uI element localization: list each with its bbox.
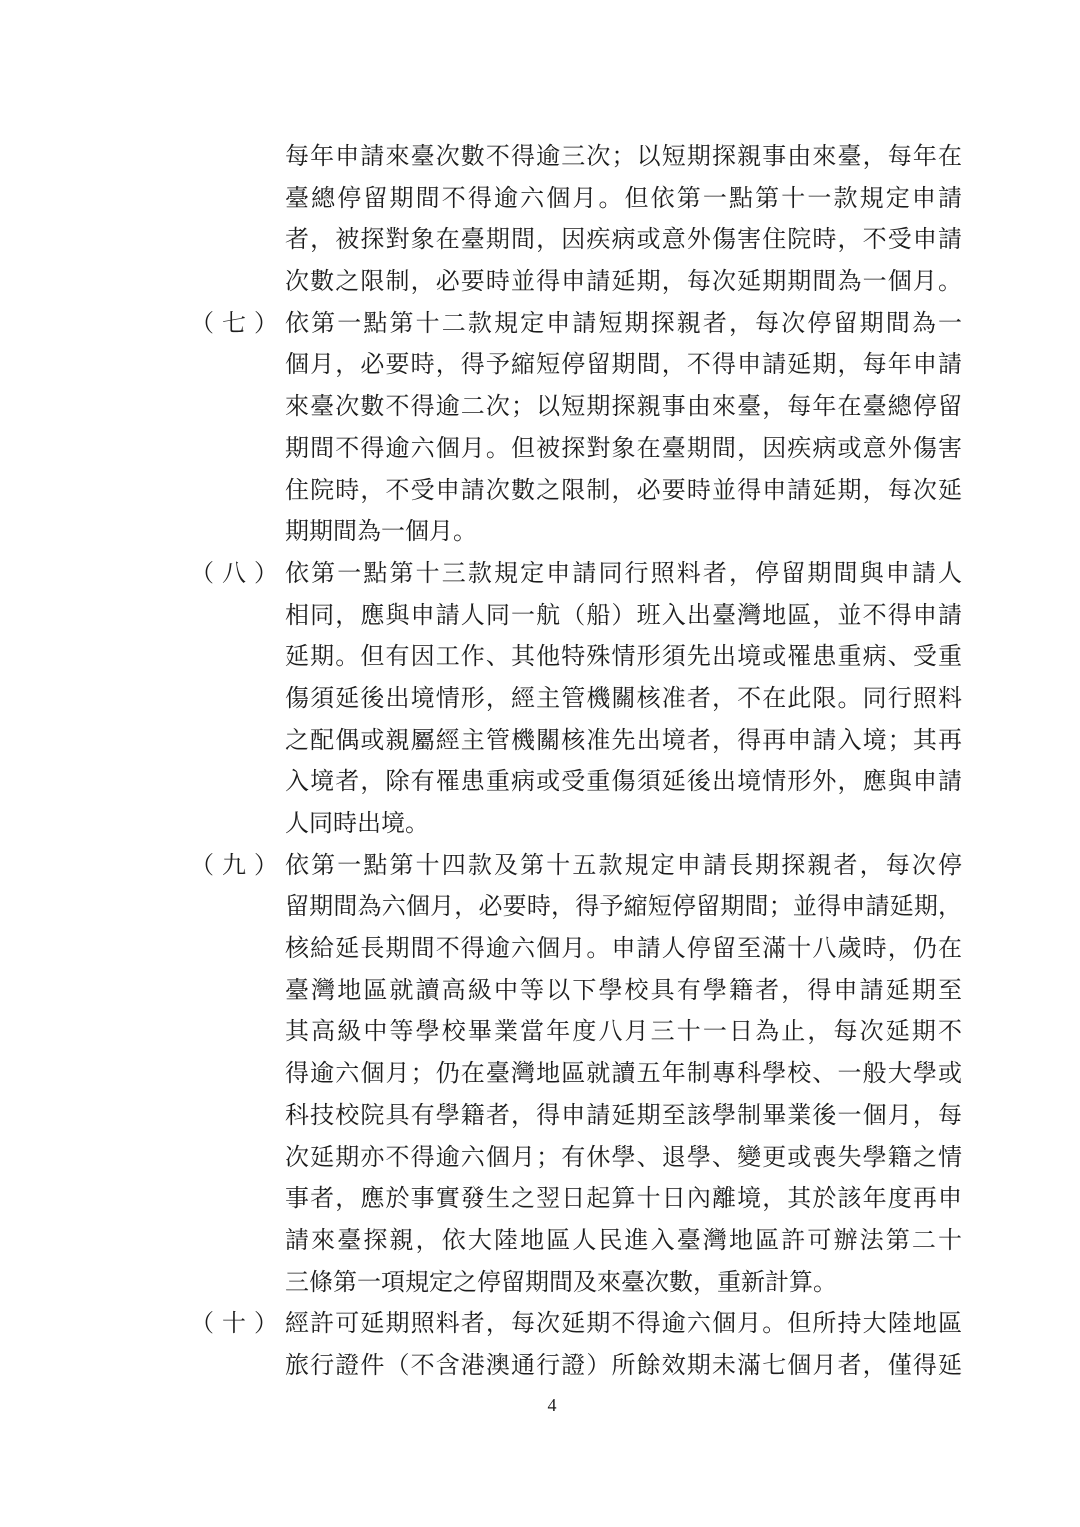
paragraph: （十）經許可延期照料者，每次延期不得逾六個月。但所持大陸地區旅行證件（不含港澳通… [190,1304,962,1387]
paragraph-lines: 依第一點第十三款規定申請同行照料者，停留期間與申請人相同，應與申請人同一航（船）… [285,554,962,846]
text-line: 每年申請來臺次數不得逾三次；以短期探親事由來臺，每年在 [285,137,962,179]
text-line: 留期間為六個月，必要時，得予縮短停留期間；並得申請延期， [285,887,962,929]
text-line: 核給延長期間不得逾六個月。申請人停留至滿十八歲時，仍在 [285,929,962,971]
text-line: 事者，應於事實發生之翌日起算十日內離境，其於該年度再申 [285,1179,962,1221]
text-line: 者，被探對象在臺期間，因疾病或意外傷害住院時，不受申請 [285,220,962,262]
paragraph-lines: 經許可延期照料者，每次延期不得逾六個月。但所持大陸地區旅行證件（不含港澳通行證）… [285,1304,962,1387]
text-line: 旅行證件（不含港澳通行證）所餘效期未滿七個月者，僅得延 [285,1346,962,1388]
text-line: 來臺次數不得逾二次；以短期探親事由來臺，每年在臺總停留 [285,387,962,429]
text-line: 傷須延後出境情形，經主管機關核准者，不在此限。同行照料 [285,679,962,721]
text-line: 延期。但有因工作、其他特殊情形須先出境或罹患重病、受重 [285,637,962,679]
text-line: 住院時，不受申請次數之限制，必要時並得申請延期，每次延 [285,471,962,513]
page-footer: 4 [12,1392,1080,1418]
text-line: 相同，應與申請人同一航（船）班入出臺灣地區，並不得申請 [285,596,962,638]
paragraph-marker: （八） [190,554,278,596]
text-line: 之配偶或親屬經主管機關核准先出境者，得再申請入境；其再 [285,721,962,763]
text-line: 依第一點第十三款規定申請同行照料者，停留期間與申請人 [285,554,962,596]
document-page: 每年申請來臺次數不得逾三次；以短期探親事由來臺，每年在臺總停留期間不得逾六個月。… [0,0,1080,1527]
text-line: 依第一點第十二款規定申請短期探親者，每次停留期間為一 [285,304,962,346]
text-line: 入境者，除有罹患重病或受重傷須延後出境情形外，應與申請 [285,762,962,804]
text-line: 次延期亦不得逾六個月；有休學、退學、變更或喪失學籍之情 [285,1138,962,1180]
paragraph: 每年申請來臺次數不得逾三次；以短期探親事由來臺，每年在臺總停留期間不得逾六個月。… [190,137,962,304]
text-line: 三條第一項規定之停留期間及來臺次數，重新計算。 [285,1263,962,1305]
paragraph-marker: （九） [190,846,278,888]
text-line: 人同時出境。 [285,804,962,846]
text-line: 依第一點第十四款及第十五款規定申請長期探親者，每次停 [285,846,962,888]
paragraph-lines: 每年申請來臺次數不得逾三次；以短期探親事由來臺，每年在臺總停留期間不得逾六個月。… [285,137,962,304]
text-line: 得逾六個月；仍在臺灣地區就讀五年制專科學校、一般大學或 [285,1054,962,1096]
text-line: 臺總停留期間不得逾六個月。但依第一點第十一款規定申請 [285,179,962,221]
text-line: 臺灣地區就讀高級中等以下學校具有學籍者，得申請延期至 [285,971,962,1013]
text-line: 經許可延期照料者，每次延期不得逾六個月。但所持大陸地區 [285,1304,962,1346]
paragraph-marker: （十） [190,1304,278,1346]
paragraph-marker: （七） [190,304,278,346]
text-line: 次數之限制，必要時並得申請延期，每次延期期間為一個月。 [285,262,962,304]
document-body: 每年申請來臺次數不得逾三次；以短期探親事由來臺，每年在臺總停留期間不得逾六個月。… [190,137,962,1388]
paragraph: （九）依第一點第十四款及第十五款規定申請長期探親者，每次停留期間為六個月，必要時… [190,846,962,1305]
text-line: 期期間為一個月。 [285,512,962,554]
text-line: 其高級中等學校畢業當年度八月三十一日為止，每次延期不 [285,1012,962,1054]
text-line: 個月，必要時，得予縮短停留期間，不得申請延期，每年申請 [285,345,962,387]
paragraph: （八）依第一點第十三款規定申請同行照料者，停留期間與申請人相同，應與申請人同一航… [190,554,962,846]
page-number: 4 [548,1395,557,1415]
paragraph-lines: 依第一點第十四款及第十五款規定申請長期探親者，每次停留期間為六個月，必要時，得予… [285,846,962,1305]
paragraph-marker [190,137,278,179]
text-line: 期間不得逾六個月。但被探對象在臺期間，因疾病或意外傷害 [285,429,962,471]
paragraph: （七）依第一點第十二款規定申請短期探親者，每次停留期間為一個月，必要時，得予縮短… [190,304,962,554]
paragraph-lines: 依第一點第十二款規定申請短期探親者，每次停留期間為一個月，必要時，得予縮短停留期… [285,304,962,554]
text-line: 請來臺探親，依大陸地區人民進入臺灣地區許可辦法第二十 [285,1221,962,1263]
text-line: 科技校院具有學籍者，得申請延期至該學制畢業後一個月，每 [285,1096,962,1138]
